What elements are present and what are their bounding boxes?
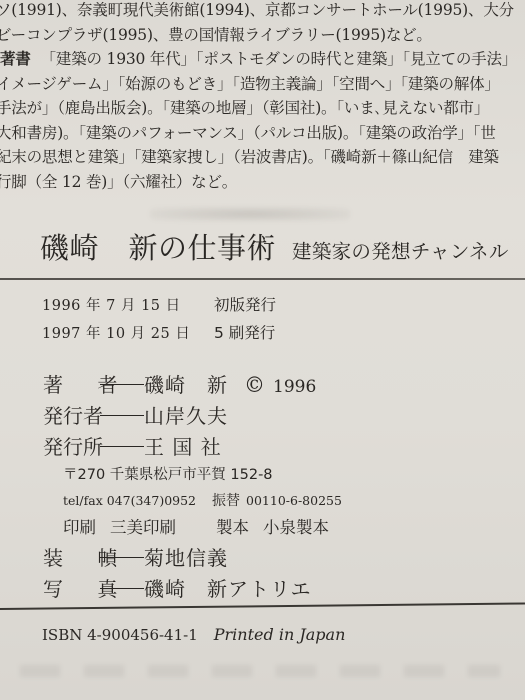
dash-separator <box>100 415 144 417</box>
author-bio: ソ(1991)、奈義町現代美術館(1994)、京都コンサートホール(1995)、… <box>0 0 525 194</box>
edition-label: 初版発行 <box>214 296 276 314</box>
credit-name: 磯崎 新 <box>144 373 228 397</box>
credit-name: 山岸久夫 <box>144 404 228 428</box>
bio-line: 紀末の思想と建築」「建築家捜し」（岩波書店)。「磯崎新＋篠山紀信 建築 <box>0 145 525 170</box>
edition-date: 1997 年 10 月 25 日 <box>42 321 214 348</box>
publisher-address: 〒270 千葉県松戸市平賀 152-8 <box>43 463 342 488</box>
bio-line-works: 著書「建築の 1930 年代」「ポストモダンの時代と建築」「見立ての手法」 <box>0 47 525 72</box>
publisher-tel: tel/fax 047(347)0952 <box>63 493 196 508</box>
title-subtitle: 建築家の発想チャンネル <box>292 240 509 263</box>
dash-separator <box>100 588 144 590</box>
credit-photo: 写 真磯崎 新アトリエ <box>43 574 342 605</box>
publisher-contact: tel/fax 047(347)0952振替00110-6-80255 <box>43 488 342 513</box>
works-label: 著書 <box>0 50 31 68</box>
credit-role: 発行所 <box>43 432 100 463</box>
title-main: 磯崎 新の仕事術 <box>40 231 276 265</box>
edition-date: 1996 年 7 月 15 日 <box>42 293 214 320</box>
credit-name: 磯崎 新アトリエ <box>144 577 312 601</box>
credit-author: 著 者磯崎 新©1996 <box>43 370 342 401</box>
credits: 著 者磯崎 新©1996 発行者山岸久夫 発行所王 国 社 〒270 千葉県松戸… <box>43 370 342 605</box>
isbn-number: ISBN 4-900456-41-1 <box>42 626 198 644</box>
furikae-number: 00110-6-80255 <box>246 493 342 508</box>
credit-publisher: 発行者山岸久夫 <box>43 401 342 432</box>
printing-binding: 印刷三美印刷製本小泉製本 <box>43 513 342 543</box>
dash-separator <box>100 384 144 386</box>
binder-name: 小泉製本 <box>263 518 329 537</box>
edition-label: 5 刷発行 <box>214 324 275 342</box>
credit-name: 王 国 社 <box>144 435 222 459</box>
credit-publishing-house: 発行所王 国 社 <box>43 432 342 463</box>
colophon-page: ソ(1991)、奈義町現代美術館(1994)、京都コンサートホール(1995)、… <box>0 0 525 700</box>
divider-top <box>0 278 525 280</box>
bio-line: 手法が」（鹿島出版会)。「建築の地層」（彰国社)。「いま､見えない都市」 <box>0 96 525 121</box>
printed-in: Printed in Japan <box>214 625 346 644</box>
book-title: 磯崎 新の仕事術建築家の発想チャンネル <box>40 226 509 267</box>
isbn-line: ISBN 4-900456-41-1Printed in Japan <box>42 625 345 644</box>
copyright-icon: © <box>244 373 265 397</box>
bio-line: 行脚（全 12 巻)」（六耀社）など。 <box>0 170 525 195</box>
furikae-label: 振替 <box>212 493 240 509</box>
binding-label: 製本 <box>216 518 249 537</box>
bleed-through-text <box>150 207 350 221</box>
credit-role: 著 者 <box>43 370 100 401</box>
credit-role: 発行者 <box>43 401 100 432</box>
bio-line: 大和書房)。「建築のパフォーマンス」（パルコ出版)｡「建築の政治学」「世 <box>0 121 525 146</box>
credit-role: 装 幀 <box>43 543 100 574</box>
bio-line: イメージゲーム」「始源のもどき」「造物主義論」「空間へ」「建築の解体」 <box>0 72 525 97</box>
edition-row: 1997 年 10 月 25 日5 刷発行 <box>42 320 276 348</box>
credit-role: 写 真 <box>43 574 100 605</box>
credit-name: 菊地信義 <box>144 546 228 570</box>
dash-separator <box>100 557 144 559</box>
copyright-year: 1996 <box>273 377 316 397</box>
bleed-through-text <box>20 665 500 677</box>
bio-line-text: 「建築の 1930 年代」「ポストモダンの時代と建築」「見立ての手法」 <box>41 50 517 68</box>
credit-design: 装 幀菊地信義 <box>43 543 342 574</box>
printer-name: 三美印刷 <box>110 518 176 537</box>
bio-line: ソ(1991)、奈義町現代美術館(1994)、京都コンサートホール(1995)、… <box>0 0 525 23</box>
print-label: 印刷 <box>63 518 96 537</box>
bio-line: ビーコンプラザ(1995)、豊の国情報ライブラリー(1995)など。 <box>0 23 525 48</box>
edition-row: 1996 年 7 月 15 日初版発行 <box>42 292 276 320</box>
dash-separator <box>100 446 144 448</box>
edition-history: 1996 年 7 月 15 日初版発行 1997 年 10 月 25 日5 刷発… <box>42 292 276 348</box>
